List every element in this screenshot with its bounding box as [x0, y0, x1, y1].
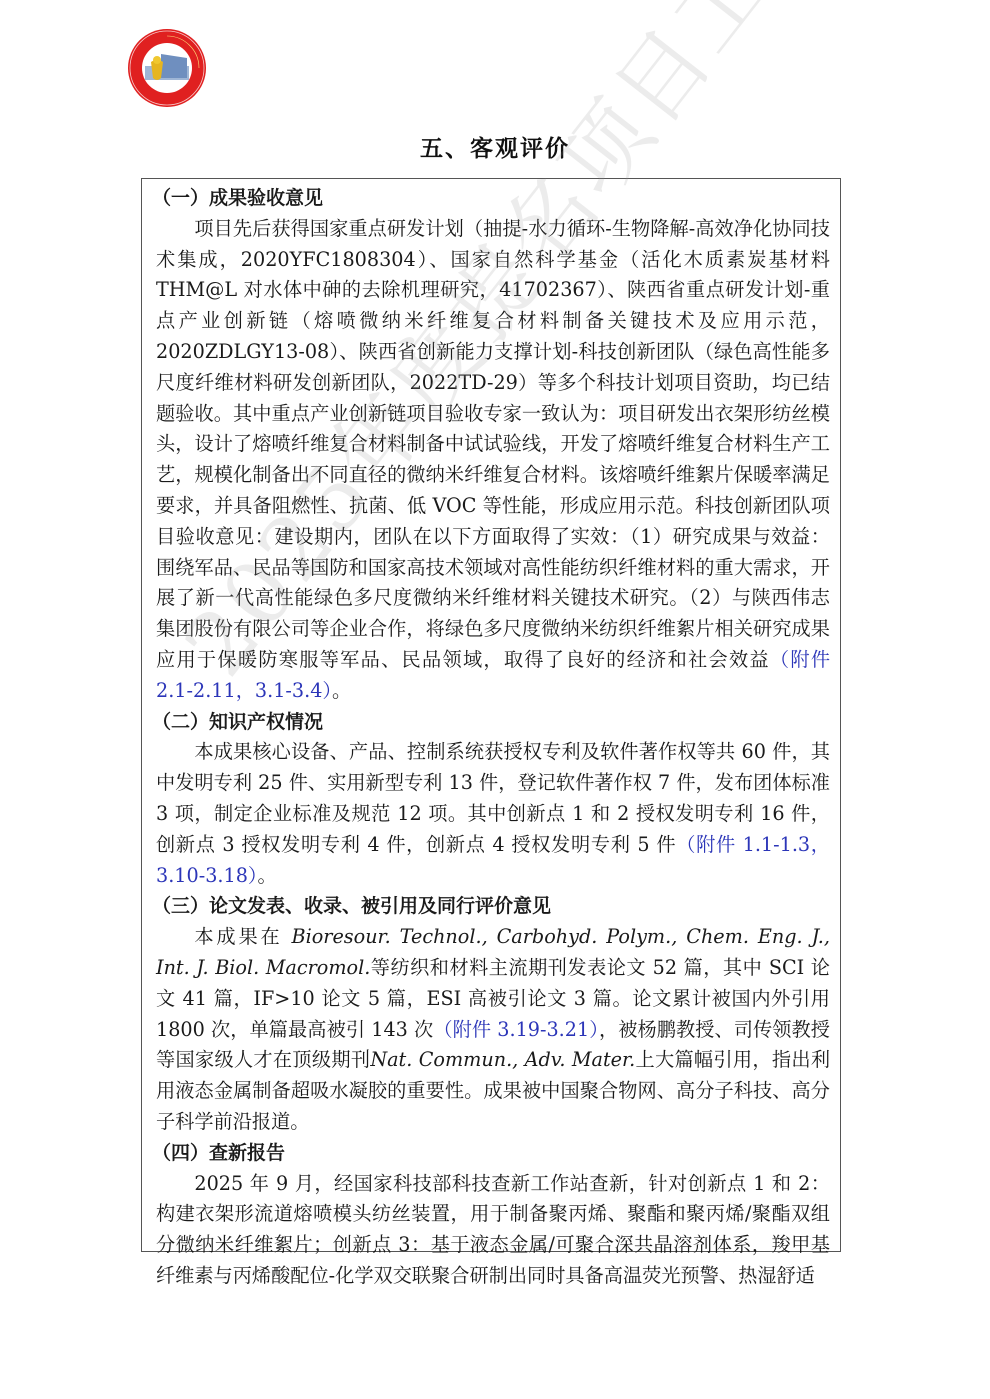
emblem-logo — [127, 28, 207, 108]
paragraph-text: 项目先后获得国家重点研发计划（抽提-水力循环-生物降解-高效净化协同技术集成，2… — [156, 217, 830, 671]
journal-names: Nat. Commun., Adv. Mater. — [370, 1048, 635, 1071]
ip-paragraph: 本成果核心设备、产品、控制系统获授权专利及软件著作权等共 60 件，其中发明专利… — [156, 737, 830, 891]
paragraph-text: 本成果在 — [194, 925, 291, 948]
section-heading-acceptance: （一）成果验收意见 — [152, 183, 830, 214]
page-title: 五、客观评价 — [0, 130, 990, 163]
novelty-search-paragraph: 2025 年 9 月，经国家科技部科技查新工作站查新，针对创新点 1 和 2：构… — [156, 1169, 830, 1292]
acceptance-paragraph: 项目先后获得国家重点研发计划（抽提-水力循环-生物降解-高效净化协同技术集成，2… — [156, 214, 830, 707]
paragraph-text: 。 — [258, 864, 277, 887]
attachment-reference: （附件 3.19-3.21） — [433, 1018, 599, 1041]
seal-icon — [127, 28, 207, 108]
section-heading-novelty-search: （四）查新报告 — [152, 1138, 830, 1169]
paragraph-text: 。 — [332, 679, 351, 702]
section-heading-ip: （二）知识产权情况 — [152, 707, 830, 738]
evaluation-content: （一）成果验收意见 项目先后获得国家重点研发计划（抽提-水力循环-生物降解-高效… — [156, 183, 830, 1292]
section-heading-papers: （三）论文发表、收录、被引用及同行评价意见 — [152, 891, 830, 922]
papers-paragraph: 本成果在 Bioresour. Technol., Carbohyd. Poly… — [156, 922, 830, 1138]
evaluation-table: （一）成果验收意见 项目先后获得国家重点研发计划（抽提-水力循环-生物降解-高效… — [141, 178, 841, 1252]
